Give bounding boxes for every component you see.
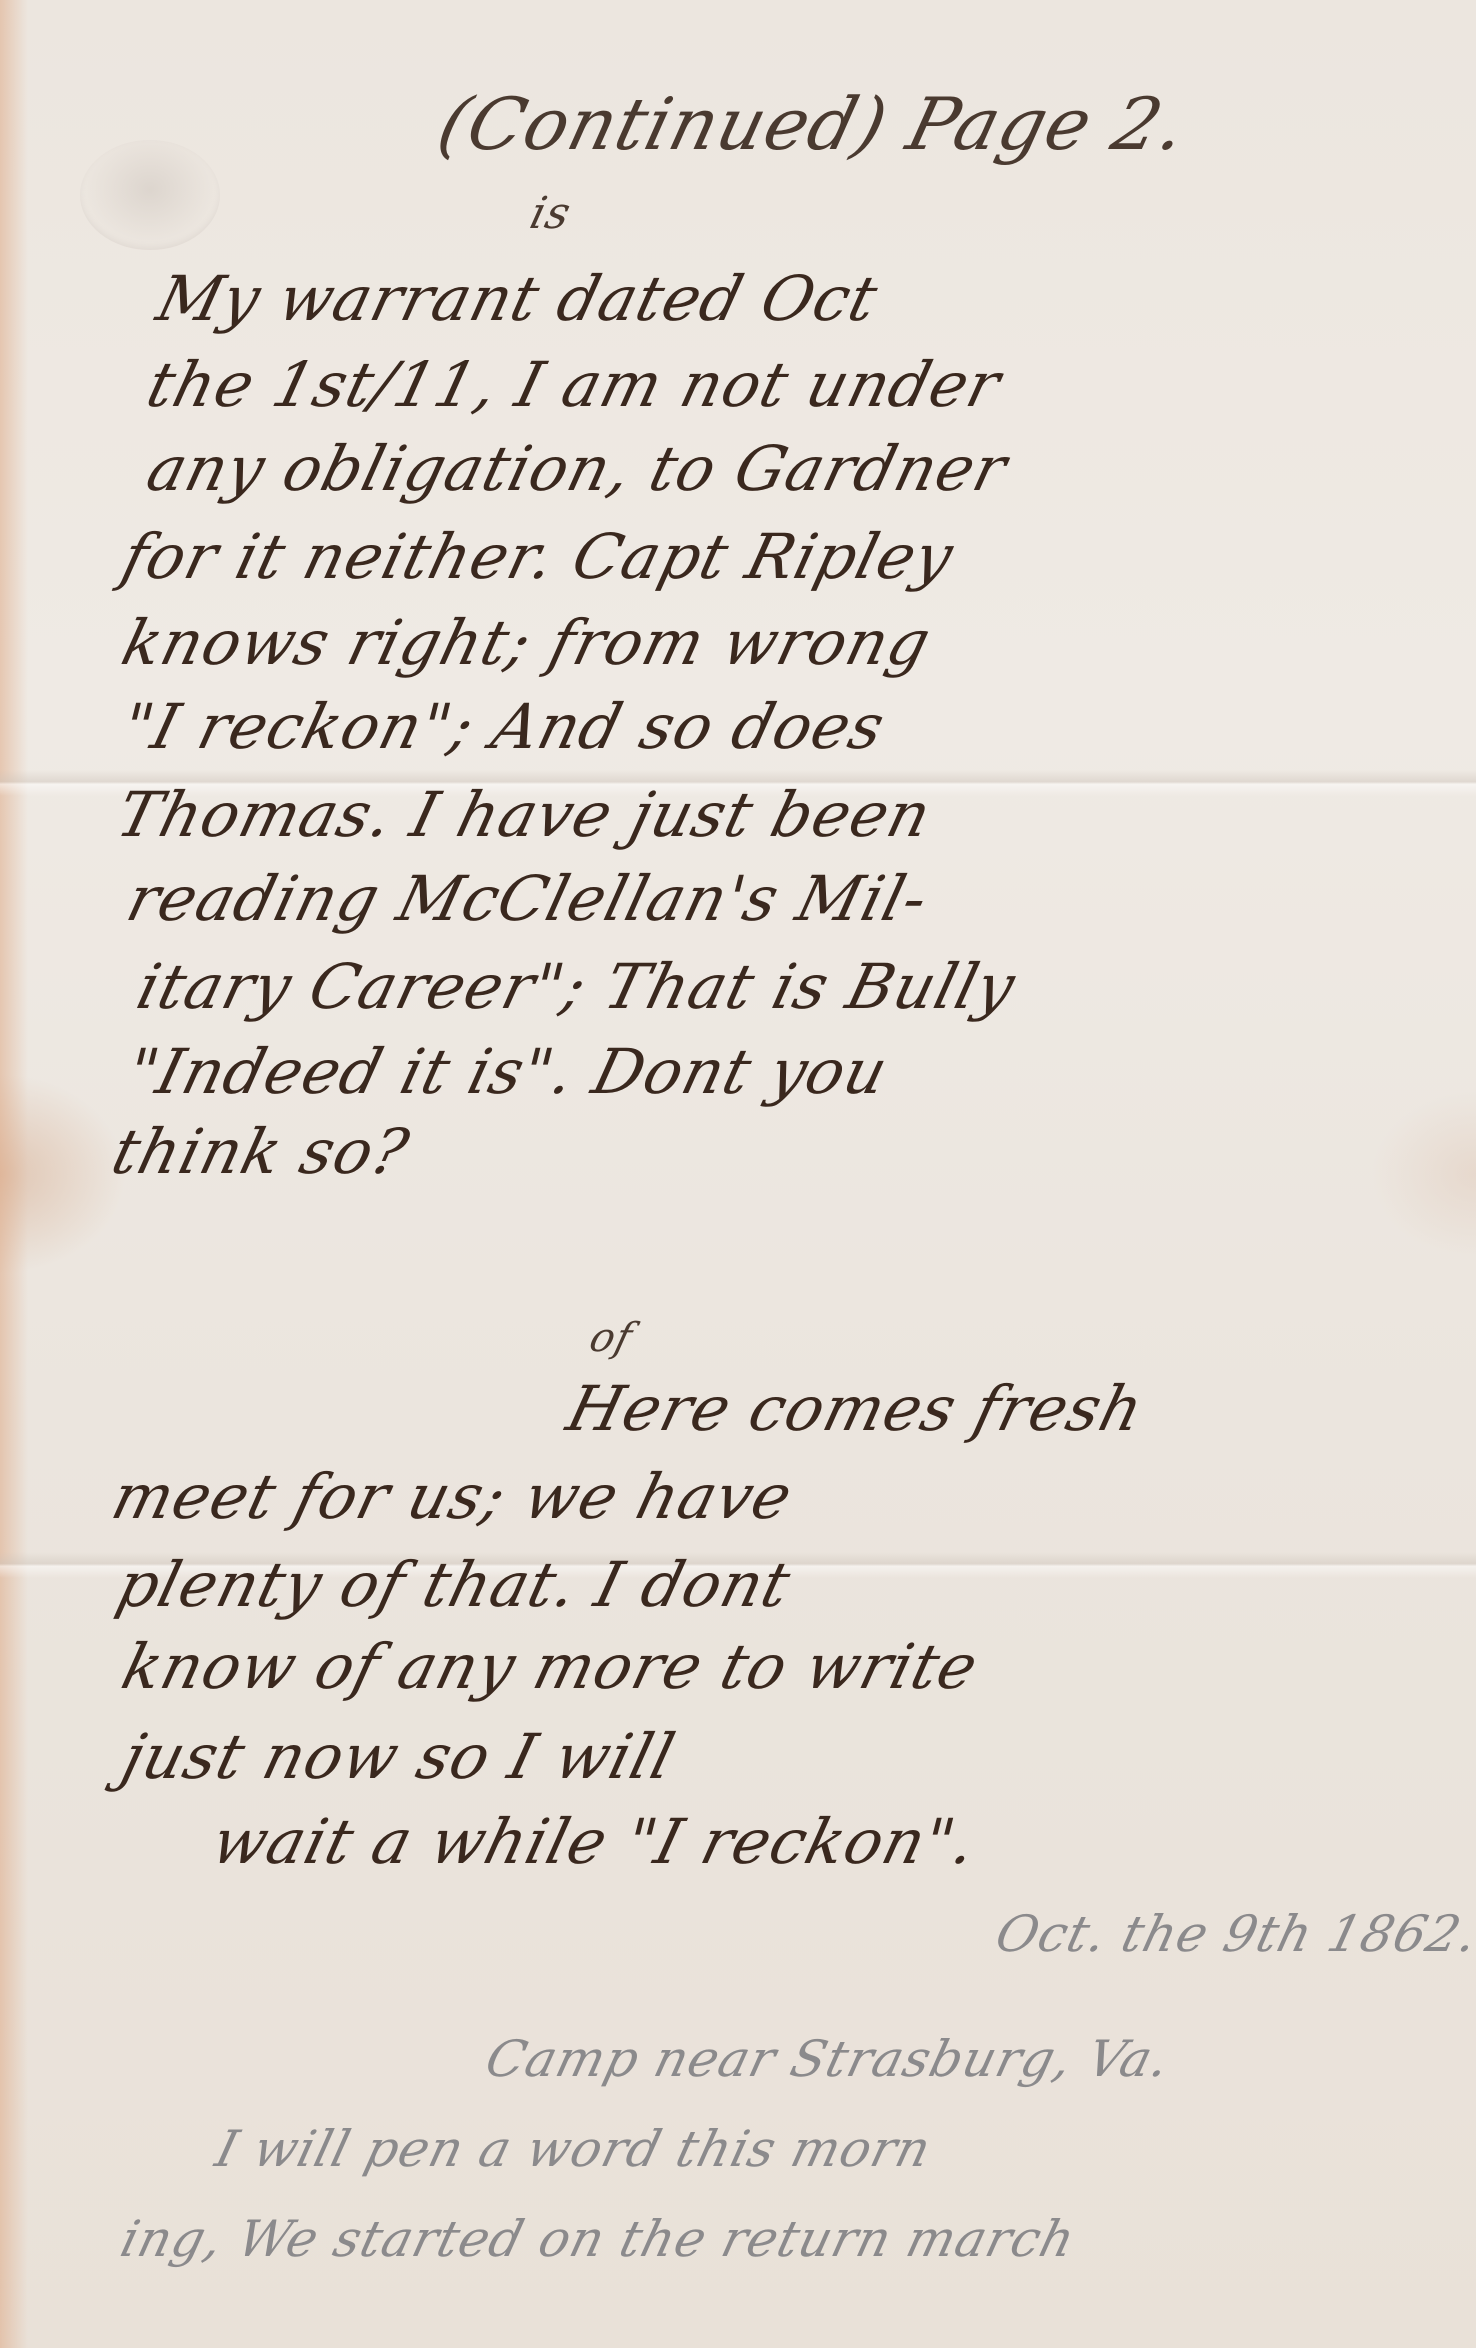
ink-line: meet for us; we have xyxy=(105,1460,800,1533)
ink-line: My warrant dated Oct xyxy=(150,262,885,335)
page-header: (Continued) Page 2. xyxy=(430,82,1196,166)
ink-line: reading McClellan's Mil- xyxy=(120,862,936,935)
letter-page: (Continued) Page 2. is My warrant dated … xyxy=(0,0,1476,2348)
ink-line: for it neither. Capt Ripley xyxy=(115,520,961,593)
ink-line: think so? xyxy=(105,1115,416,1188)
ink-line: knows right; from wrong xyxy=(115,606,938,679)
ink-line: itary Career"; That is Bully xyxy=(130,950,1023,1023)
ink-line: plenty of that. I dont xyxy=(110,1548,798,1621)
ink-line: Here comes fresh xyxy=(560,1372,1151,1445)
ink-line: "I reckon"; And so does xyxy=(115,690,892,763)
pencil-line: ing, We started on the return march xyxy=(115,2210,1081,2268)
paper-edge-stain xyxy=(0,0,28,2348)
ink-line: any obligation, to Gardner xyxy=(140,432,1015,505)
ink-line: "Indeed it is". Dont you xyxy=(120,1035,896,1108)
stationery-emboss-mark xyxy=(80,140,220,250)
ink-line: wait a while "I reckon". xyxy=(205,1805,984,1878)
pencil-line: I will pen a word this morn xyxy=(210,2120,937,2178)
pencil-date: Oct. the 9th 1862. xyxy=(990,1905,1476,1963)
ink-line: the 1st/11, I am not under xyxy=(140,348,1008,421)
ink-line: Thomas. I have just been xyxy=(110,778,939,851)
insertion-mark: is xyxy=(525,188,576,239)
pencil-location: Camp near Strasburg, Va. xyxy=(480,2030,1176,2088)
ink-line: know of any more to write xyxy=(115,1630,986,1703)
ink-line: just now so I will xyxy=(115,1720,682,1793)
insertion-mark: of xyxy=(585,1315,637,1361)
